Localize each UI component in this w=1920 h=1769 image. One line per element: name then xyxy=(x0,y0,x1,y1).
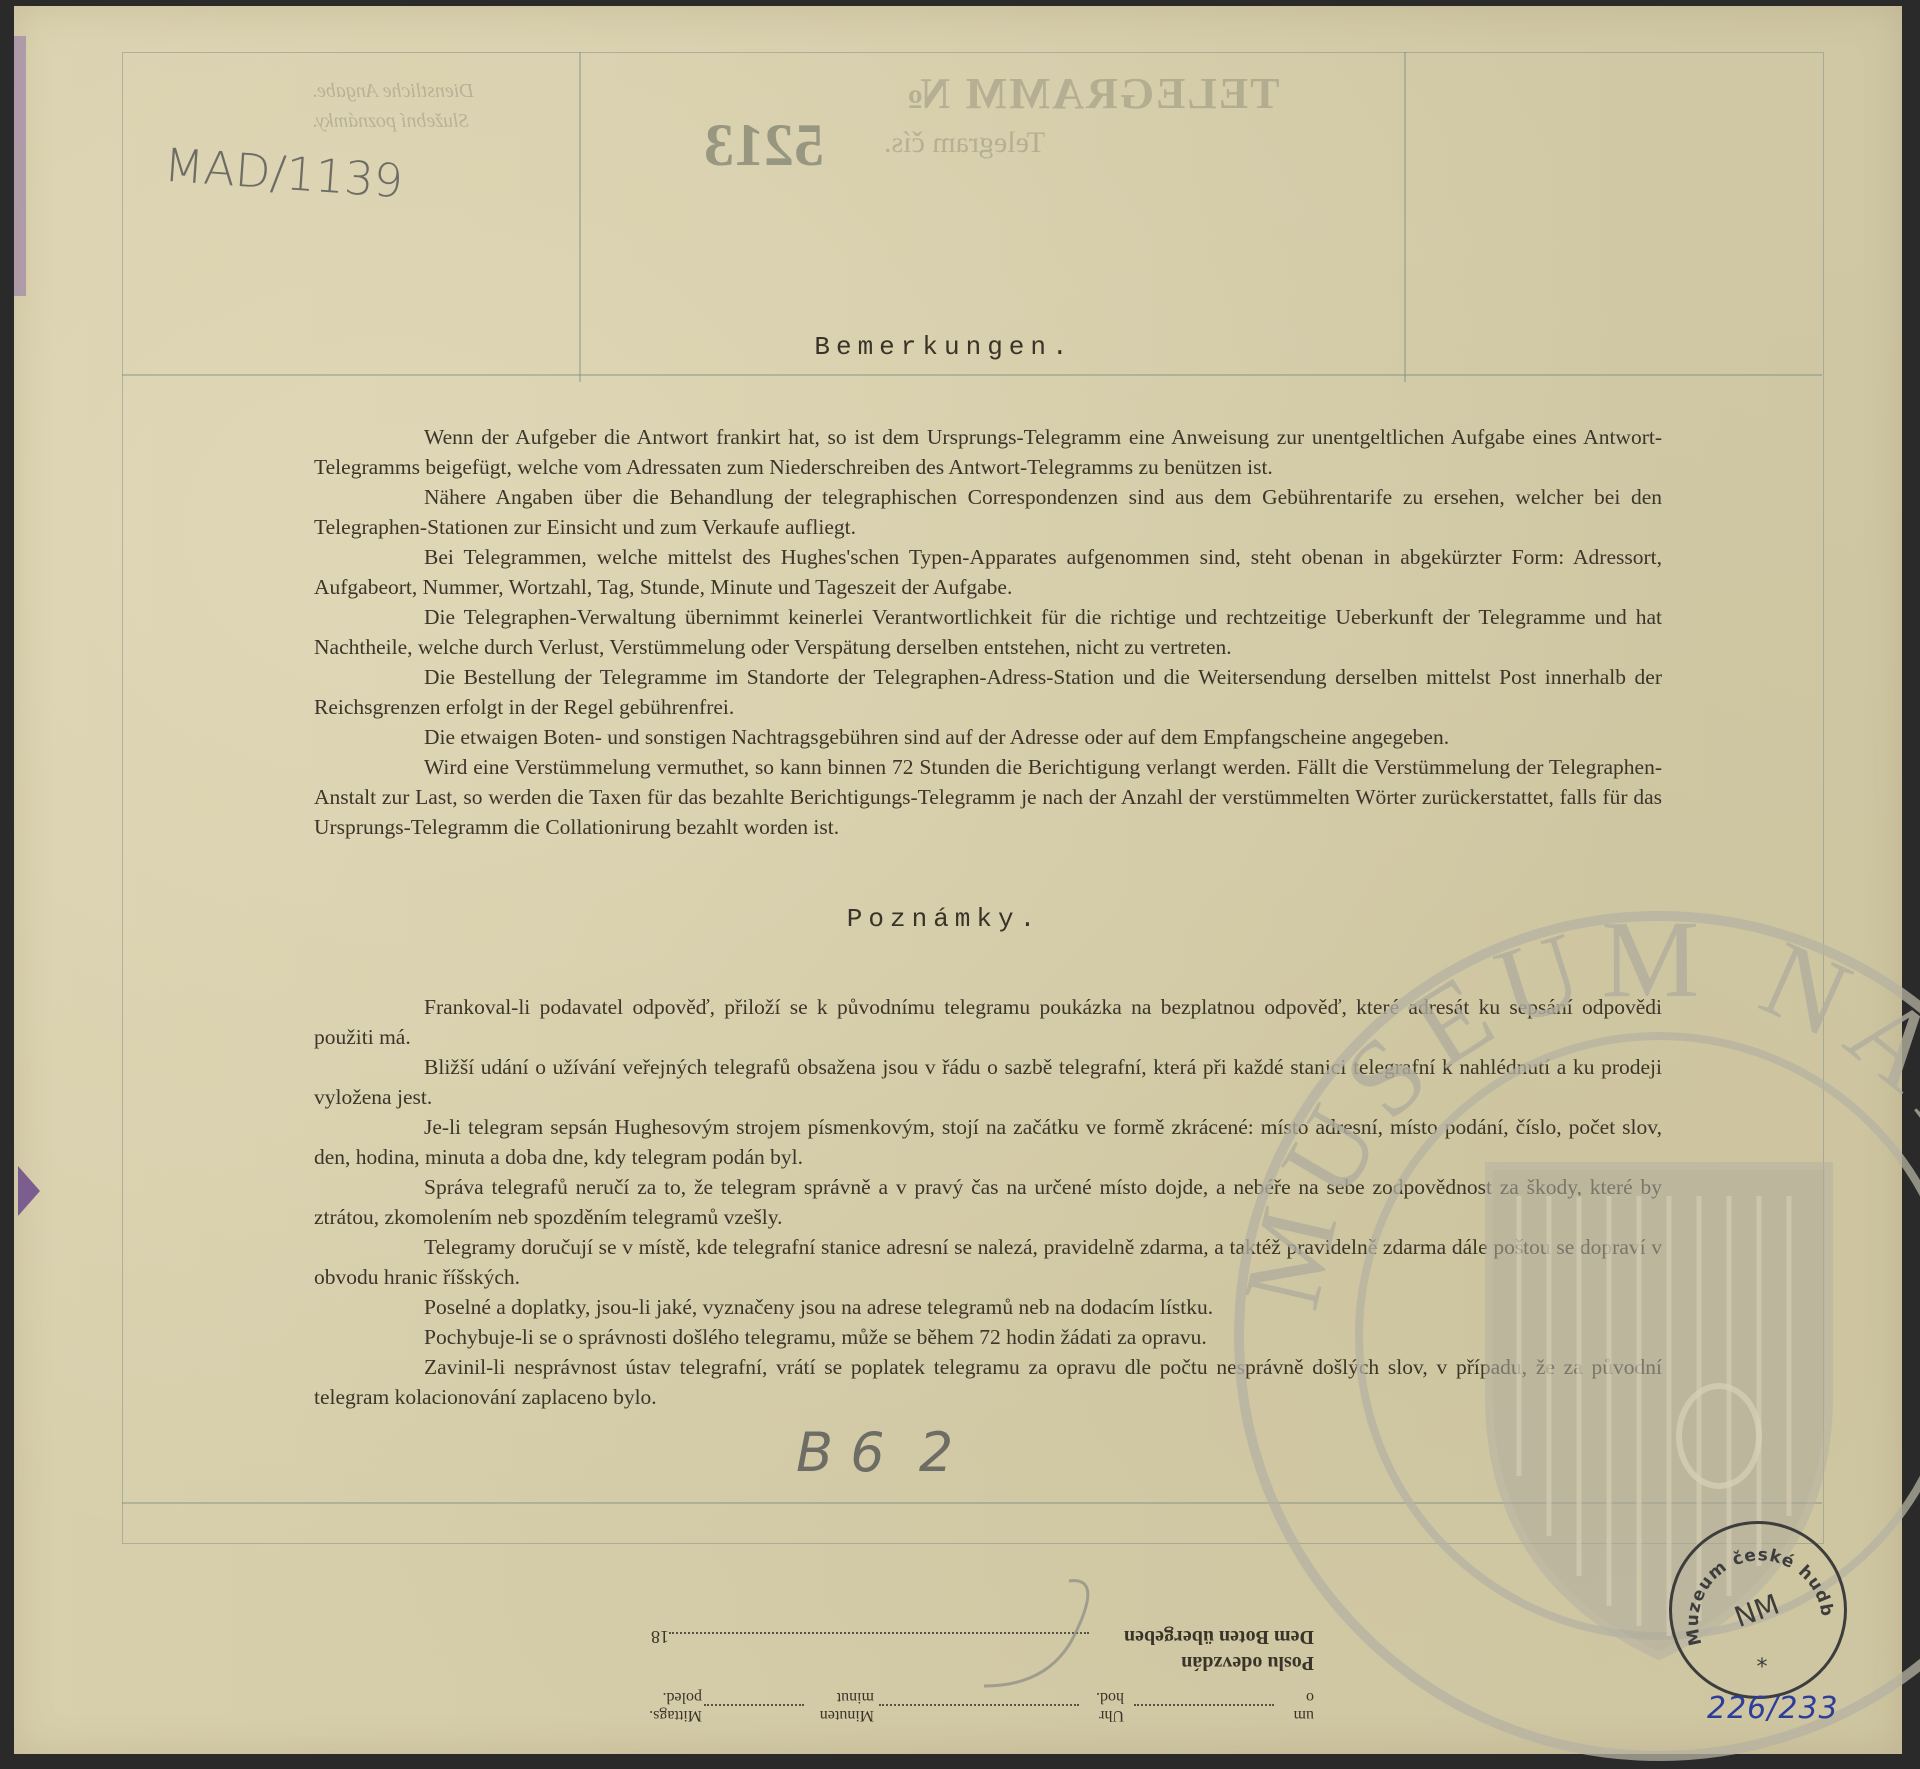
purple-edge-stain xyxy=(14,36,26,296)
note-paragraph: Bližší udání o užívání veřejných telegra… xyxy=(314,1052,1662,1112)
ghost-telegram-subtitle: Telegram čís. xyxy=(884,126,1045,160)
receipt-hour-line[interactable] xyxy=(1134,1704,1274,1706)
receipt-mittags: Mittags.poled. xyxy=(649,1688,702,1724)
note-paragraph: Správa telegrafů neručí za to, že telegr… xyxy=(314,1172,1662,1232)
pencil-squiggle xyxy=(954,1576,1114,1696)
receipt-label-cz: Poslu odevzdán xyxy=(1181,1651,1314,1674)
purple-ink-mark xyxy=(18,1166,40,1216)
muzeum-ceske-hudby-stamp: Muzeum české hudby NM * xyxy=(1669,1521,1847,1699)
note-paragraph: Bei Telegrammen, welche mittelst des Hug… xyxy=(314,542,1662,602)
note-paragraph: Die Telegraphen-Verwaltung übernimmt kei… xyxy=(314,602,1662,662)
note-paragraph: Wenn der Aufgeber die Antwort frankirt h… xyxy=(314,422,1662,482)
telegram-form-reverse: TELEGRAMM № Telegram čís. 5213 Dienstlic… xyxy=(14,6,1902,1754)
form-divider xyxy=(122,1502,1822,1504)
note-paragraph: Wird eine Verstümmelung vermuthet, so ka… xyxy=(314,752,1662,842)
pencil-shelf-note: B 6 2 xyxy=(796,1421,953,1484)
note-paragraph: Pochybuje-li se o správnosti došlého tel… xyxy=(314,1322,1662,1352)
form-divider xyxy=(122,374,1822,376)
svg-text:*: * xyxy=(1757,1655,1768,1680)
receipt-um: umo xyxy=(1294,1688,1314,1724)
note-paragraph: Zavinil-li nesprávnost ústav telegrafní,… xyxy=(314,1352,1662,1412)
inventory-number: 226/233 xyxy=(1707,1691,1839,1726)
receipt-daytime-line[interactable] xyxy=(704,1704,804,1706)
czech-notes: Frankoval-li podavatel odpověď, přiloží … xyxy=(314,992,1662,1412)
receipt-minuten: Minutenminut xyxy=(820,1688,874,1724)
ghost-left-header-1: Dienstliche Angabe. xyxy=(312,76,474,106)
note-paragraph: Telegramy doručují se v místě, kde teleg… xyxy=(314,1232,1662,1292)
heading-poznamky: Poznámky. xyxy=(0,904,1888,934)
note-paragraph: Die etwaigen Boten- und sonstigen Nachtr… xyxy=(314,722,1662,752)
ghost-telegram-title: TELEGRAMM № xyxy=(904,68,1279,119)
note-paragraph: Poselné a doplatky, jsou-li jaké, vyznač… xyxy=(314,1292,1662,1322)
note-paragraph: Je-li telegram sepsán Hughesovým strojem… xyxy=(314,1112,1662,1172)
ghost-left-header-2: Služební poznámky. xyxy=(312,106,469,136)
ghost-telegram-number: 5213 xyxy=(704,111,824,180)
svg-text:NM: NM xyxy=(1730,1587,1784,1633)
receipt-minute-line[interactable] xyxy=(879,1704,1079,1706)
receipt-label-de: Dem Boten übergeben xyxy=(1124,1625,1314,1648)
note-paragraph: Frankoval-li podavatel odpověď, přiloží … xyxy=(314,992,1662,1052)
note-paragraph: Die Bestellung der Telegramme im Standor… xyxy=(314,662,1662,722)
heading-bemerkungen: Bemerkungen. xyxy=(0,332,1888,362)
receipt-year-prefix: 18 xyxy=(651,1628,669,1646)
german-notes: Wenn der Aufgeber die Antwort frankirt h… xyxy=(314,422,1662,842)
note-paragraph: Nähere Angaben über die Behandlung der t… xyxy=(314,482,1662,542)
